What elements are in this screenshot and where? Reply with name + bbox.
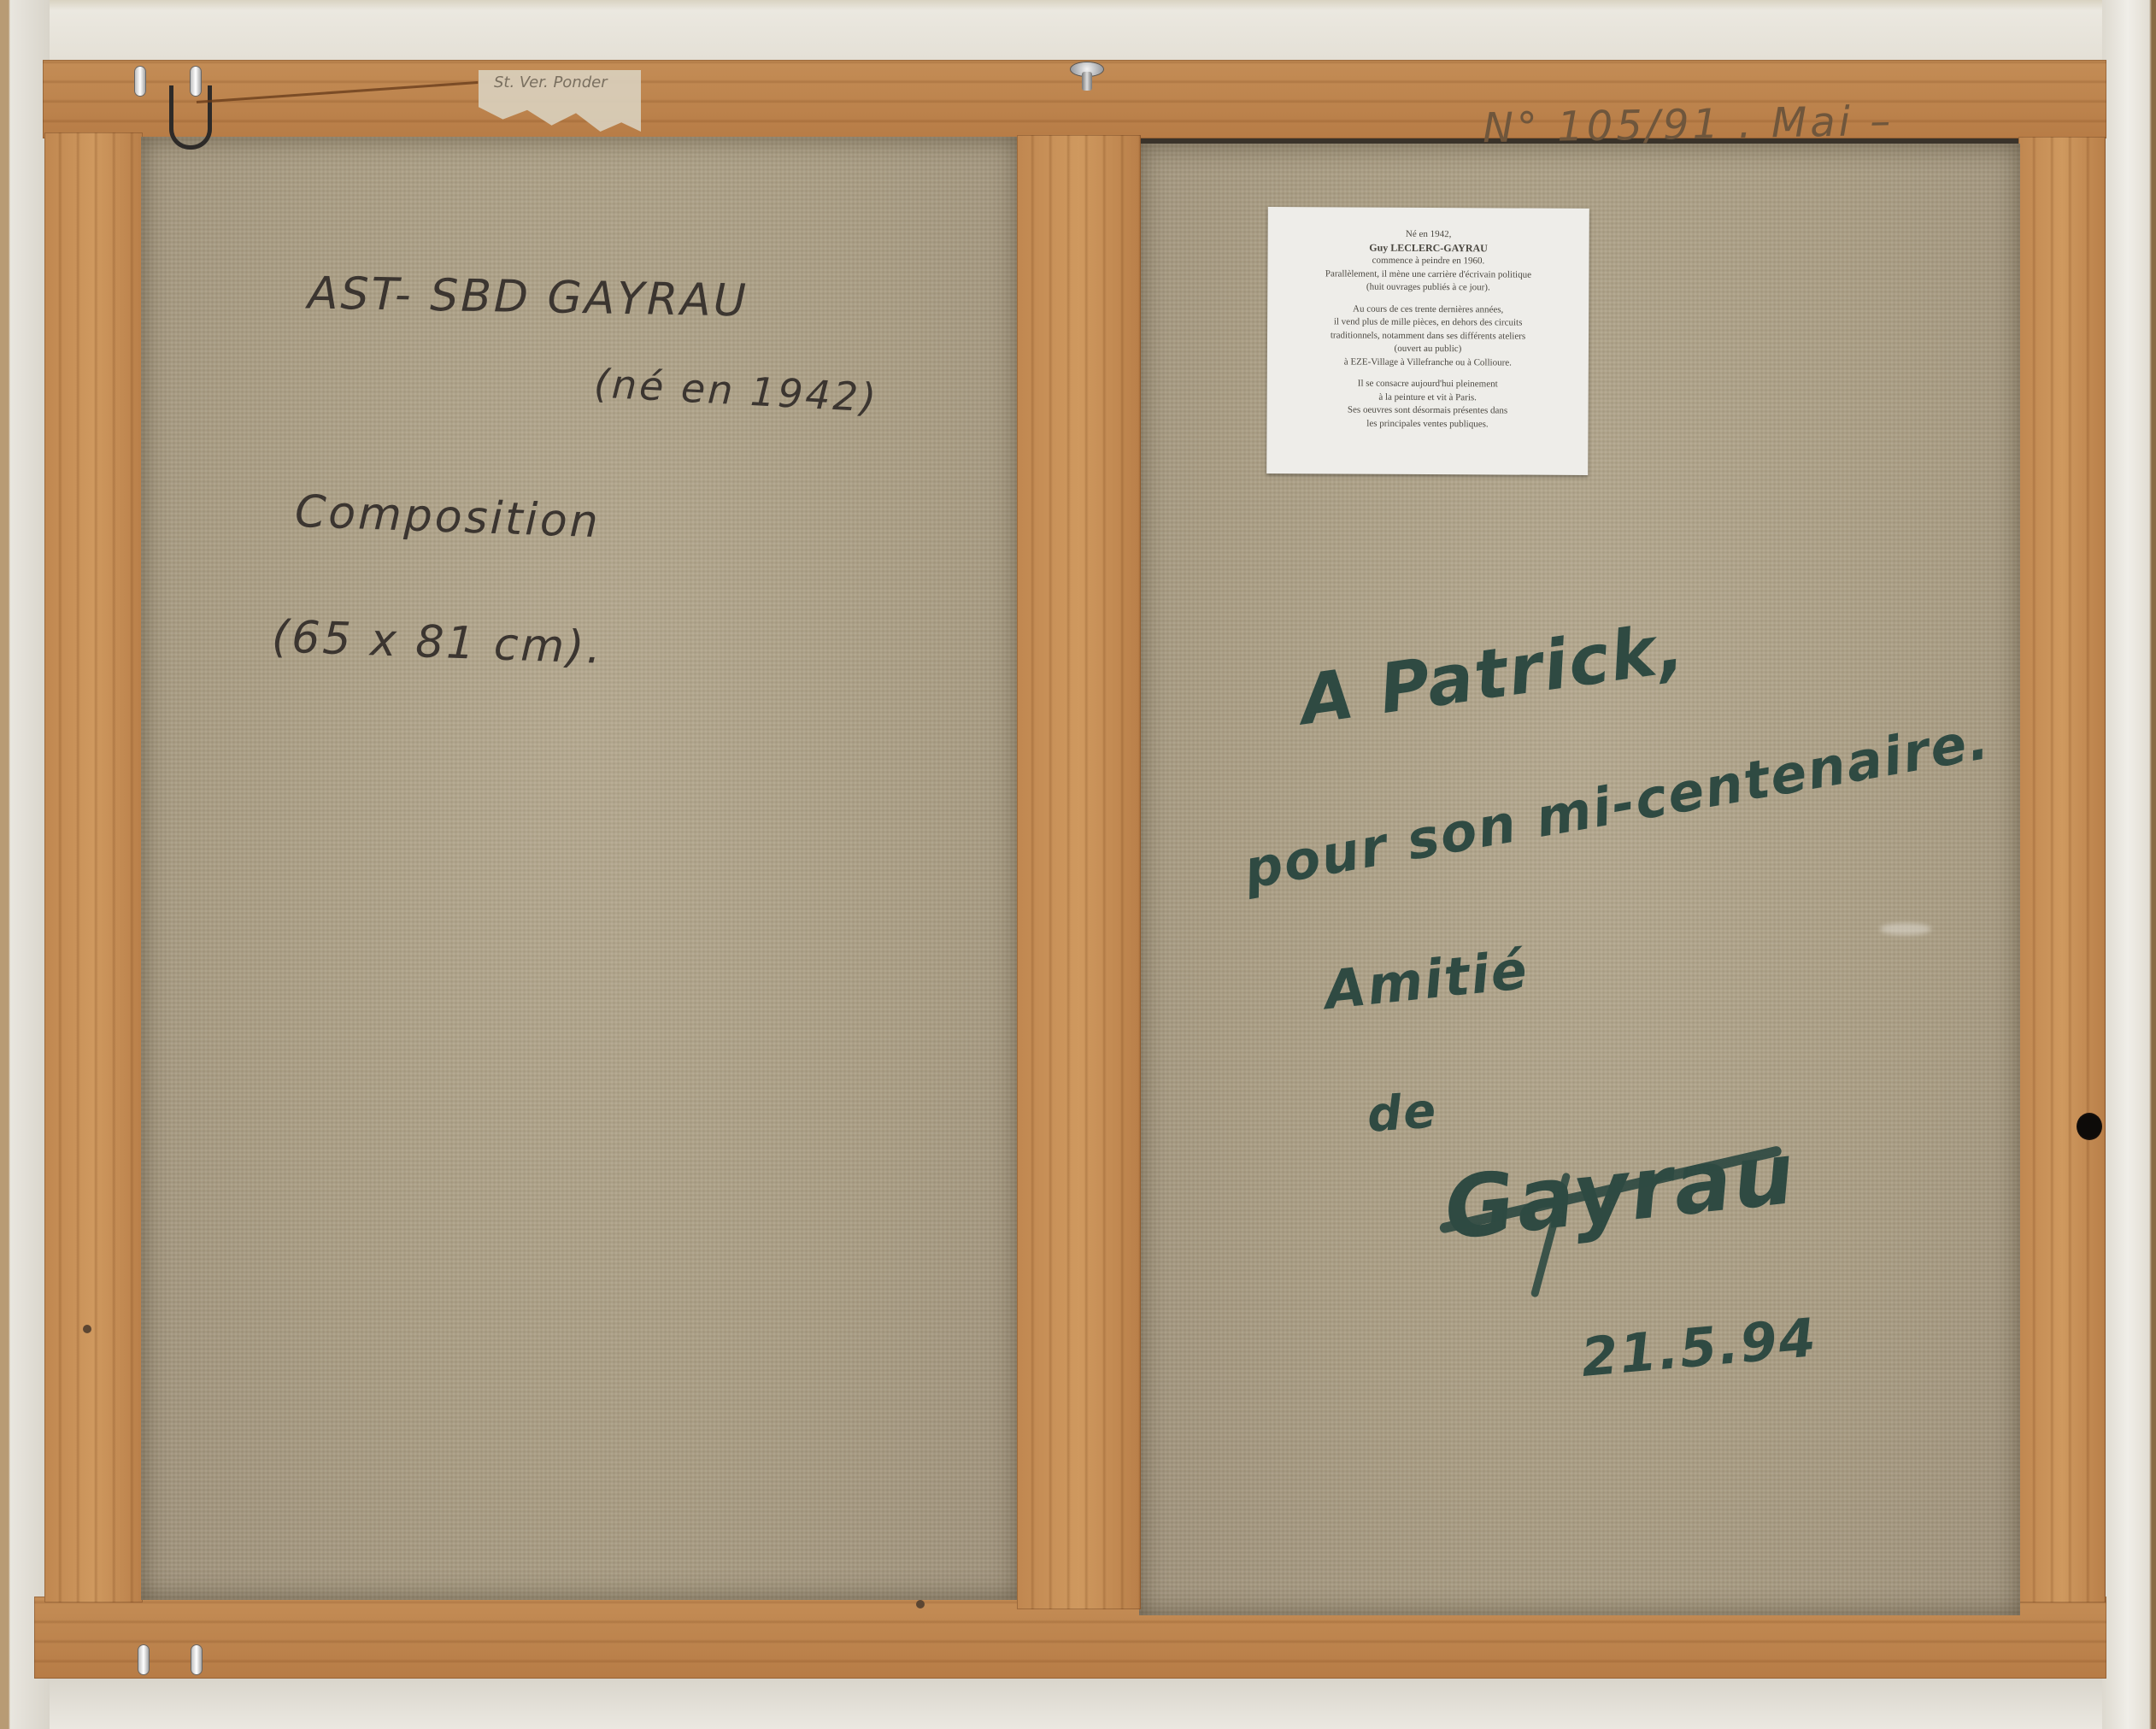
biography-label-card: Né en 1942, Guy LECLERC-GAYRAU commence … — [1266, 207, 1589, 475]
stretcher-bar-center — [1017, 135, 1141, 1609]
tape-label-text: St. Ver. Ponder — [494, 74, 608, 91]
artist-code-inscription: AST- SBD GAYRAU — [308, 268, 749, 327]
canvas-fold-top — [0, 0, 2156, 66]
staple-icon — [916, 1600, 925, 1608]
dedication-from: de — [1366, 1083, 1439, 1144]
wire-hook-icon — [169, 85, 212, 150]
hanging-ring-icon — [138, 1645, 149, 1674]
canvas-fold-bottom — [0, 1675, 2156, 1729]
canvas-fold-right — [2102, 0, 2156, 1729]
wood-knot-hole — [2077, 1113, 2102, 1140]
frame-inventory-number: N° 105/91 . Mai – — [1483, 97, 1895, 152]
canvas-panel-left — [141, 137, 1019, 1600]
screw-shank-icon — [1082, 72, 1092, 91]
hanging-ring-icon — [135, 67, 145, 96]
painting-back-photo: St. Ver. Ponder N° 105/91 . Mai – AST- S… — [0, 0, 2156, 1729]
stretcher-bar-left — [44, 132, 143, 1603]
canvas-fold-left — [0, 0, 50, 1729]
stretcher-bar-right — [2018, 137, 2106, 1603]
hanging-ring-icon — [191, 1645, 202, 1674]
paint-smudge — [1880, 923, 1931, 935]
nail-head-icon — [83, 1325, 91, 1333]
biography-label-text: Né en 1942, Guy LECLERC-GAYRAU commence … — [1266, 227, 1589, 432]
label-line: les principales ventes publiques. — [1266, 417, 1588, 432]
work-title-inscription: Composition — [294, 486, 602, 548]
